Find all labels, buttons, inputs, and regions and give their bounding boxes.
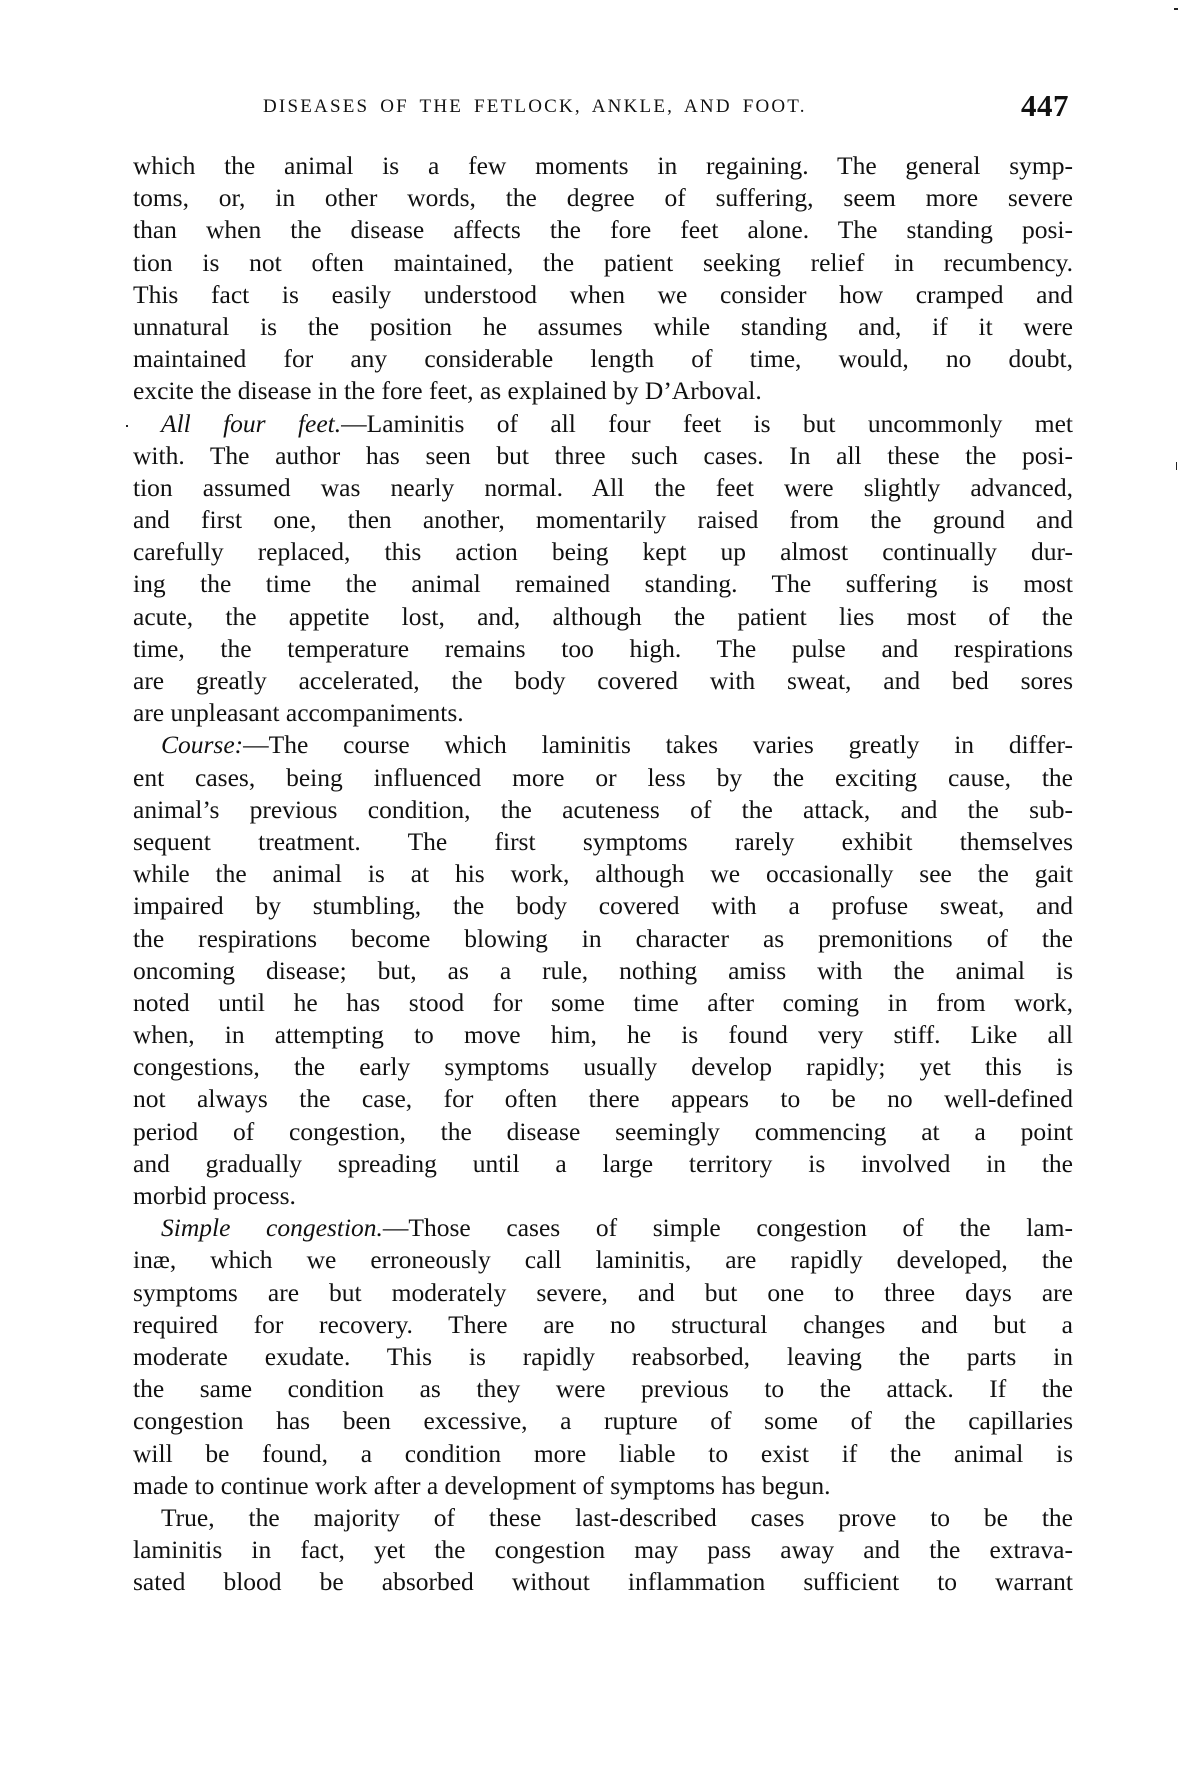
text-line: required for recovery. There are no stru… — [133, 1309, 1073, 1341]
text-line-first: Simple congestion.—Those cases of simple… — [133, 1212, 1073, 1244]
text-run: —The course which laminitis takes varies… — [243, 730, 1073, 759]
paragraph-course: Course:—The course which laminitis takes… — [133, 729, 1073, 1212]
text-line: excite the disease in the fore feet, as … — [133, 375, 1073, 407]
text-line: made to continue work after a developmen… — [133, 1470, 1073, 1502]
text-line: maintained for any considerable length o… — [133, 343, 1073, 375]
text-line: tion is not often maintained, the patien… — [133, 247, 1073, 279]
text-line: and first one, then another, momentarily… — [133, 504, 1073, 536]
text-line: ent cases, being influenced more or less… — [133, 762, 1073, 794]
text-line: laminitis in fact, yet the congestion ma… — [133, 1534, 1073, 1566]
text-line: tion assumed was nearly normal. All the … — [133, 472, 1073, 504]
text-line: not always the case, for often there app… — [133, 1083, 1073, 1115]
text-line: with. The author has seen but three such… — [133, 440, 1073, 472]
text-line: the respirations become blowing in chara… — [133, 923, 1073, 955]
text-line-first: True, the majority of these last-describ… — [133, 1502, 1073, 1534]
text-line: unnatural is the position he assumes whi… — [133, 311, 1073, 343]
scan-speck — [1176, 462, 1177, 470]
text-line: impaired by stumbling, the body covered … — [133, 890, 1073, 922]
text-line: are unpleasant accompaniments. — [133, 697, 1073, 729]
text-line: than when the disease affects the fore f… — [133, 214, 1073, 246]
running-head: Diseases of the Fetlock, Ankle, and Foot… — [133, 92, 1073, 138]
text-line: are greatly accelerated, the body covere… — [133, 665, 1073, 697]
text-line: congestions, the early symptoms usually … — [133, 1051, 1073, 1083]
text-line: toms, or, in other words, the degree of … — [133, 182, 1073, 214]
section-lead-in: Course: — [161, 730, 243, 759]
text-line: acute, the appetite lost, and, although … — [133, 601, 1073, 633]
text-line: sated blood be absorbed without inflamma… — [133, 1566, 1073, 1598]
text-line: moderate exudate. This is rapidly reabso… — [133, 1341, 1073, 1373]
text-line: the same condition as they were previous… — [133, 1373, 1073, 1405]
text-line: when, in attempting to move him, he is f… — [133, 1019, 1073, 1051]
paragraph-continuation: which the animal is a few moments in reg… — [133, 150, 1073, 408]
text-line: ing the time the animal remained standin… — [133, 568, 1073, 600]
section-lead-in: All four feet. — [161, 409, 341, 438]
text-line: inæ, which we erroneously call laminitis… — [133, 1244, 1073, 1276]
text-line: sequent treatment. The first symptoms ra… — [133, 826, 1073, 858]
text-line: while the animal is at his work, althoug… — [133, 858, 1073, 890]
text-line: This fact is easily understood when we c… — [133, 279, 1073, 311]
text-line: will be found, a condition more liable t… — [133, 1438, 1073, 1470]
text-line-first: All four feet.—Laminitis of all four fee… — [133, 408, 1073, 440]
page-number: 447 — [1021, 88, 1069, 124]
paragraph-true-majority: True, the majority of these last-describ… — [133, 1502, 1073, 1599]
text-line: noted until he has stood for some time a… — [133, 987, 1073, 1019]
text-line: morbid process. — [133, 1180, 1073, 1212]
text-line: oncoming disease; but, as a rule, nothin… — [133, 955, 1073, 987]
scan-speck — [126, 425, 128, 427]
paragraph-all-four-feet: All four feet.—Laminitis of all four fee… — [133, 408, 1073, 730]
paragraph-simple-congestion: Simple congestion.—Those cases of simple… — [133, 1212, 1073, 1502]
text-line: time, the temperature remains too high. … — [133, 633, 1073, 665]
text-line: and gradually spreading until a large te… — [133, 1148, 1073, 1180]
text-line: animal’s previous condition, the acutene… — [133, 794, 1073, 826]
scan-speck — [1174, 8, 1178, 10]
body-text: which the animal is a few moments in reg… — [133, 150, 1073, 1598]
text-line: congestion has been excessive, a rupture… — [133, 1405, 1073, 1437]
book-page: Diseases of the Fetlock, Ankle, and Foot… — [133, 92, 1073, 1598]
text-line: period of congestion, the disease seemin… — [133, 1116, 1073, 1148]
text-run: —Those cases of simple congestion of the… — [383, 1213, 1073, 1242]
text-line: carefully replaced, this action being ke… — [133, 536, 1073, 568]
running-title: Diseases of the Fetlock, Ankle, and Foot… — [263, 96, 807, 118]
text-line: symptoms are but moderately severe, and … — [133, 1277, 1073, 1309]
text-run: —Laminitis of all four feet is but uncom… — [341, 409, 1073, 438]
section-lead-in: Simple congestion. — [161, 1213, 383, 1242]
text-line: which the animal is a few moments in reg… — [133, 150, 1073, 182]
text-line-first: Course:—The course which laminitis takes… — [133, 729, 1073, 761]
